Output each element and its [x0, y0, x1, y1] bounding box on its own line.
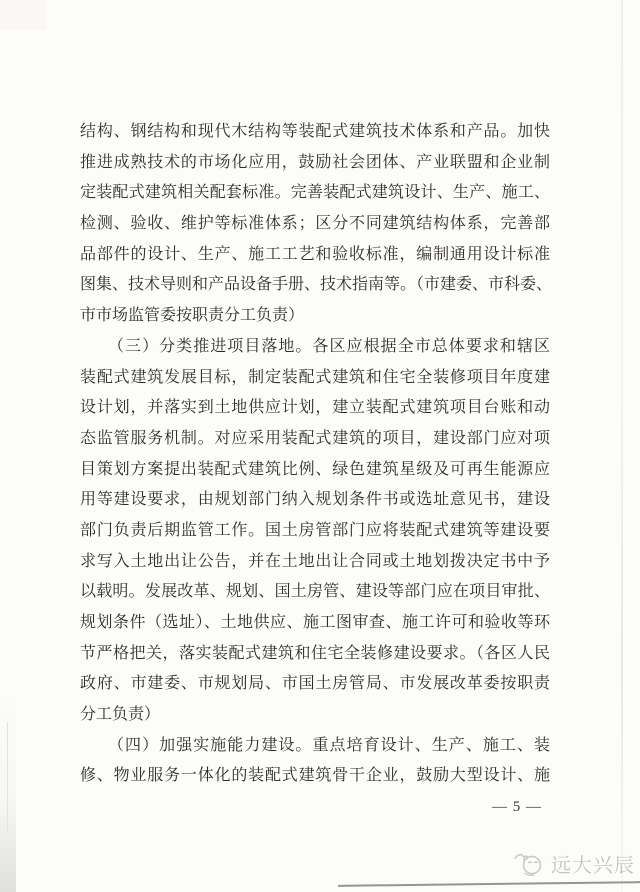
text-line: 品部件的设计、生产、施工工艺和验收标准，编制通用设计标准 — [80, 240, 550, 271]
document-text-block: 结构、钢结构和现代木结构等装配式建筑技术体系和产品。加快 推进成熟技术的市场化应… — [80, 117, 550, 792]
watermark-logo-icon — [512, 851, 546, 877]
scan-left-edge-shade — [0, 682, 16, 892]
text-line: 结构、钢结构和现代木结构等装配式建筑技术体系和产品。加快 — [80, 117, 550, 148]
watermark: 远大兴辰 — [512, 849, 635, 878]
text-line: 规划条件（选址）、土地供应、施工图审查、施工许可和验收等环 — [80, 608, 550, 639]
text-line: 目策划方案提出装配式建筑比例、绿色建筑星级及可再生能源应 — [80, 455, 550, 486]
text-line: 装配式建筑发展目标，制定装配式建筑和住宅全装修项目年度建 — [80, 363, 550, 394]
text-line-paragraph-start: （三）分类推进项目落地。各区应根据全市总体要求和辖区 — [80, 332, 550, 363]
page-number: — 5 — — [452, 799, 582, 819]
text-line: 设计划，并落实到土地供应计划，建立装配式建筑项目台账和动 — [80, 393, 550, 424]
scan-corner-shade — [0, 0, 46, 30]
scan-left-edge-line — [7, 722, 8, 832]
text-line: 市市场监管委按职责分工负责） — [80, 301, 550, 332]
text-line: 检测、验收、维护等标准体系；区分不同建筑结构体系，完善部 — [80, 209, 550, 240]
text-line: 修、物业服务一体化的装配式建筑骨干企业，鼓励大型设计、施 — [80, 761, 550, 792]
text-line-paragraph-start: （四）加强实施能力建设。重点培育设计、生产、施工、装 — [80, 731, 550, 762]
text-line: 定装配式建筑相关配套标准。完善装配式建筑设计、生产、施工、 — [80, 178, 550, 209]
watermark-text: 远大兴辰 — [551, 849, 635, 878]
text-line: 求写入土地出让公告，并在土地出让合同或土地划拨决定书中予 — [80, 547, 550, 578]
text-line: 部门负责后期监管工作。国土房管部门应将装配式建筑等建设要 — [80, 516, 550, 547]
text-line: 节严格把关，落实装配式建筑和住宅全装修建设要求。（各区人民 — [80, 639, 550, 670]
text-line: 用等建设要求，由规划部门纳入规划条件书或选址意见书，建设 — [80, 485, 550, 516]
text-line: 以载明。发展改革、规划、国土房管、建设等部门应在项目审批、 — [80, 577, 550, 608]
text-line: 态监管服务机制。对应采用装配式建筑的项目，建设部门应对项 — [80, 424, 550, 455]
text-line: 政府、市建委、市规划局、市国土房管局、市发展改革委按职责 — [80, 669, 550, 700]
scan-page-edge-line — [621, 0, 623, 892]
scan-bottom-rule — [338, 881, 640, 887]
text-line: 分工负责） — [80, 700, 550, 731]
text-line: 推进成熟技术的市场化应用，鼓励社会团体、产业联盟和企业制 — [80, 148, 550, 179]
text-line: 图集、技术导则和产品设备手册、技术指南等。（市建委、市科委、 — [80, 270, 550, 301]
